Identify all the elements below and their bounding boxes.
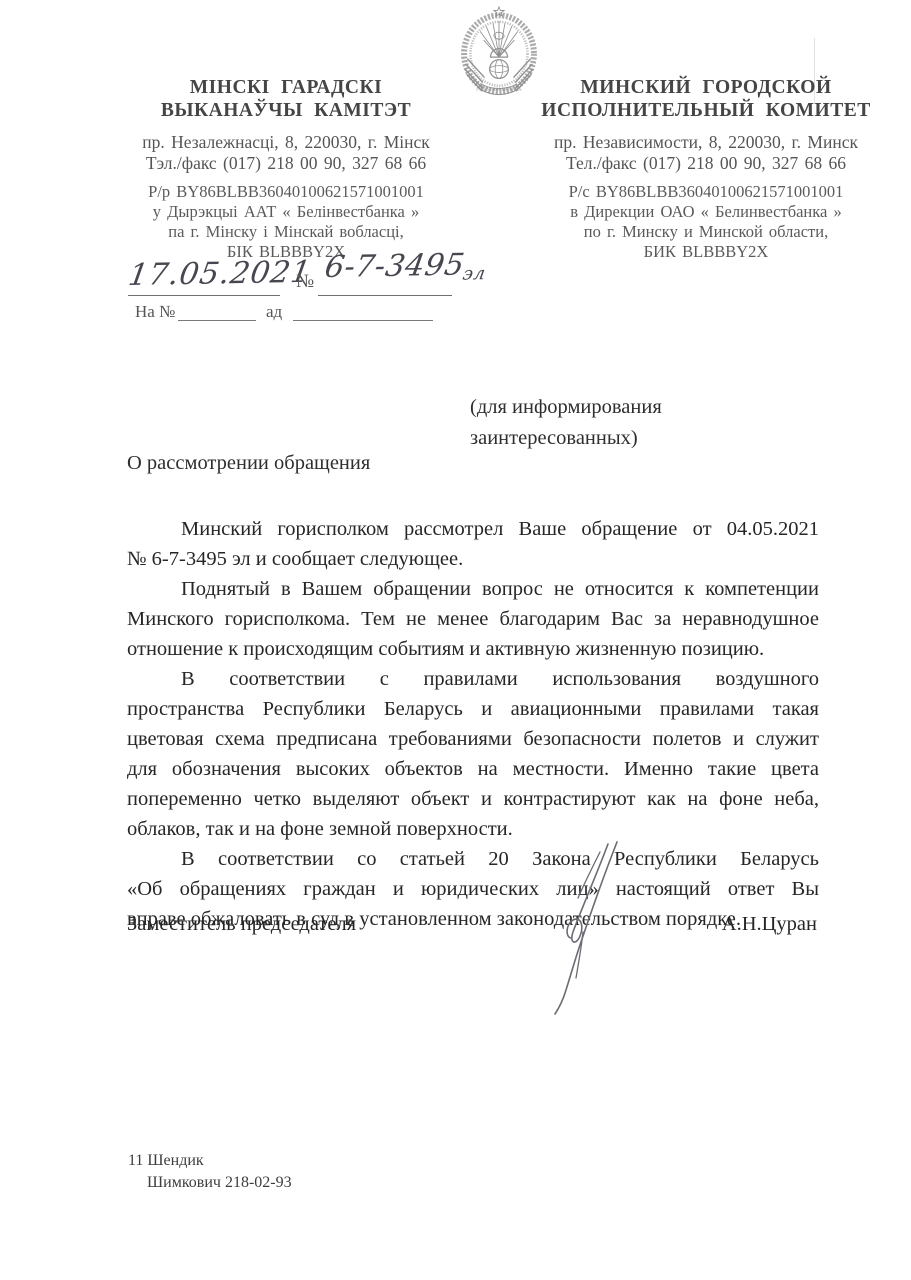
signer-position-title: Заместитель председателя bbox=[127, 913, 356, 936]
bank-account-by: Р/р BY86BLBB36040100621571001001 bbox=[112, 182, 460, 202]
org-address-ru: пр. Независимости, 8, 220030, г. Минск bbox=[528, 132, 884, 153]
signature-row: Заместитель председателя А.Н.Цуран bbox=[127, 913, 817, 936]
body-line: «Об обращениях граждан и юридических лиц… bbox=[127, 874, 819, 904]
signature-autograph-icon bbox=[520, 840, 642, 1018]
recipient-note-line2: заинтересованных) bbox=[470, 423, 662, 454]
body-line: Минского горисполкома. Тем не менее благ… bbox=[127, 604, 819, 634]
bank-city-by: па г. Мінску і Мінскай вобласці, bbox=[112, 222, 460, 242]
recipient-note-line1: (для информирования bbox=[470, 392, 662, 423]
outgoing-date-underline bbox=[128, 295, 280, 296]
body-line: В соответствии с правилами использования… bbox=[127, 664, 819, 694]
org-title-ru-line1: МИНСКИЙ ГОРОДСКОЙ bbox=[528, 76, 884, 99]
bank-name-by: у Дырэкцыі ААТ « Белінвестбанка » bbox=[112, 202, 460, 222]
executor-footer: 11 Шендик Шимкович 218-02-93 bbox=[128, 1150, 292, 1194]
body-line: для обозначения высоких объектов на мест… bbox=[127, 754, 819, 784]
body-line: Поднятый в Вашем обращении вопрос не отн… bbox=[127, 574, 819, 604]
number-sign-label: № bbox=[296, 271, 314, 293]
executor-line1: 11 Шендик bbox=[128, 1150, 292, 1172]
org-phone-ru: Тел./факс (017) 218 00 90, 327 68 66 bbox=[528, 153, 884, 174]
letterhead-belarusian: МІНСКІ ГАРАДСКІ ВЫКАНАЎЧЫ КАМІТЭТ пр. Не… bbox=[112, 76, 460, 262]
org-title-by-line1: МІНСКІ ГАРАДСКІ bbox=[112, 76, 460, 99]
body-line: пространства Республики Беларусь и авиац… bbox=[127, 694, 819, 724]
incoming-from-label: ад bbox=[266, 302, 282, 322]
body-line: Минский горисполком рассмотрел Ваше обра… bbox=[127, 514, 819, 544]
body-line: отношение к происходящим событиям и акти… bbox=[127, 634, 819, 664]
bank-city-ru: по г. Минску и Минской области, bbox=[528, 222, 884, 242]
org-title-ru-line2: ИСПОЛНИТЕЛЬНЫЙ КОМИТЕТ bbox=[528, 99, 884, 122]
scanned-letter-page: РЭСПУБЛІКА БЕЛАРУСЬ МІНСКІ ГАРАДСКІ ВЫКА… bbox=[0, 0, 911, 1280]
bank-bic-ru: БИК BLBBBY2X bbox=[528, 242, 884, 262]
letterhead-russian: МИНСКИЙ ГОРОДСКОЙ ИСПОЛНИТЕЛЬНЫЙ КОМИТЕТ… bbox=[528, 76, 884, 262]
letter-body: Минский горисполком рассмотрел Ваше обра… bbox=[127, 514, 819, 934]
executor-line2: Шимкович 218-02-93 bbox=[128, 1172, 292, 1194]
incoming-ref-label: На № bbox=[135, 302, 175, 322]
org-address-by: пр. Незалежнасці, 8, 220030, г. Мінск bbox=[112, 132, 460, 153]
outgoing-date-handwritten: 17.05.2021 bbox=[126, 255, 314, 293]
body-line: № 6-7-3495 эл и сообщает следующее. bbox=[127, 544, 819, 574]
org-phone-by: Тэл./факс (017) 218 00 90, 327 68 66 bbox=[112, 153, 460, 174]
body-line: попеременно четко выделяют объект и конт… bbox=[127, 784, 819, 814]
recipient-note: (для информирования заинтересованных) bbox=[470, 392, 662, 454]
incoming-number-underline bbox=[178, 320, 256, 321]
body-line: облаков, так и на фоне земной поверхност… bbox=[127, 814, 819, 844]
emblem-ribbon-text: РЭСПУБЛІКА БЕЛАРУСЬ bbox=[476, 87, 522, 91]
signer-name: А.Н.Цуран bbox=[722, 913, 817, 936]
org-title-by-line2: ВЫКАНАЎЧЫ КАМІТЭТ bbox=[112, 99, 460, 122]
incoming-date-underline bbox=[293, 320, 433, 321]
body-line: цветовая схема предписана требованиями б… bbox=[127, 724, 819, 754]
letter-subject: О рассмотрении обращения bbox=[127, 452, 370, 475]
body-line: В соответствии со статьей 20 Закона Респ… bbox=[127, 844, 819, 874]
bank-name-ru: в Дирекции ОАО « Белинвестбанка » bbox=[528, 202, 884, 222]
outgoing-number-underline bbox=[318, 295, 452, 296]
outgoing-number-handwritten: 6-7-3495эл bbox=[322, 247, 490, 287]
bank-account-ru: Р/с BY86BLBB36040100621571001001 bbox=[528, 182, 884, 202]
number-suffix: эл bbox=[461, 263, 487, 284]
